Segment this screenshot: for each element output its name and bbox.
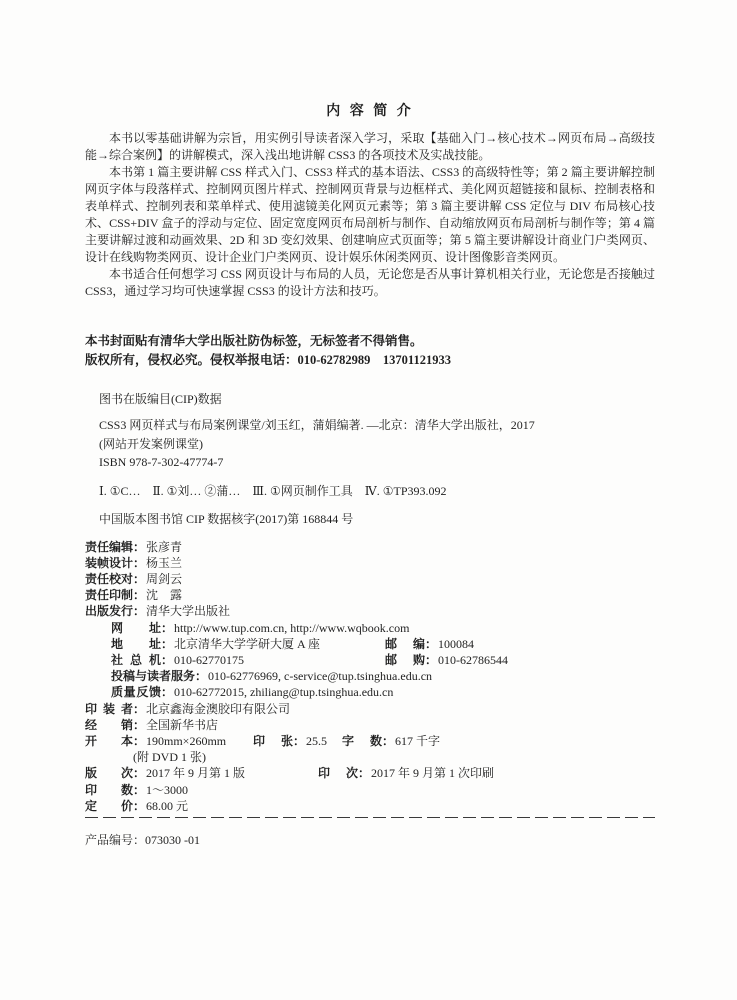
row-value-2: 2017 年 9 月第 1 次印刷 bbox=[371, 766, 494, 780]
row-value: 68.00 元 bbox=[146, 799, 188, 813]
colophon-row-managing-editor: 责任编辑：张彦青 bbox=[85, 539, 655, 555]
row-value: 杨玉兰 bbox=[146, 556, 182, 570]
row-label: 经销 bbox=[85, 717, 133, 733]
label-colon: ： bbox=[161, 685, 173, 699]
row-value: 全国新华书店 bbox=[146, 718, 218, 732]
row-value: http://www.tup.com.cn, http://www.wqbook… bbox=[174, 621, 409, 635]
copyright-page: 内 容 简 介 本书以零基础讲解为宗旨，用实例引导读者深入学习，采取【基础入门→… bbox=[0, 0, 737, 849]
row-value: 清华大学出版社 bbox=[146, 604, 230, 618]
row-label: 地址 bbox=[111, 636, 161, 652]
label-colon: ： bbox=[133, 588, 145, 602]
summary-paragraph-1: 本书以零基础讲解为宗旨，用实例引导读者深入学习，采取【基础入门→核心技术→网页布… bbox=[85, 130, 655, 164]
row-value-3: 617 千字 bbox=[395, 734, 440, 748]
summary-paragraph-2: 本书第 1 篇主要讲解 CSS 样式入门、CSS3 样式的基本语法、CSS3 的… bbox=[85, 164, 655, 266]
label-colon: ： bbox=[161, 653, 173, 667]
row-value: 010-62776969, c-service@tup.tsinghua.edu… bbox=[208, 669, 432, 683]
colophon-row-reader-service: 投稿与读者服务：010-62776969, c-service@tup.tsin… bbox=[111, 668, 655, 684]
label-colon: ： bbox=[161, 621, 173, 635]
label-colon: ： bbox=[425, 653, 437, 667]
row-label: 印装者 bbox=[85, 701, 133, 717]
label-colon: ： bbox=[133, 718, 145, 732]
row-value: 张彦青 bbox=[146, 540, 182, 554]
cip-classification-line: Ⅰ. ①C… Ⅱ. ①刘… ②蒲… Ⅲ. ①网页制作工具 Ⅳ. ①TP393.0… bbox=[99, 482, 655, 501]
dashed-divider bbox=[85, 817, 655, 819]
colophon-row-proofreader: 责任校对：周剑云 bbox=[85, 571, 655, 587]
row-value-2: 25.5 bbox=[306, 733, 342, 749]
label-colon: ： bbox=[358, 766, 370, 780]
row-label-2: 印次 bbox=[318, 765, 358, 781]
label-colon: ： bbox=[133, 702, 145, 716]
row-value: 周剑云 bbox=[146, 572, 182, 586]
product-code-row: 产品编号：073030 -01 bbox=[85, 832, 655, 849]
cip-block: 图书在版编目(CIP)数据 CSS3 网页样式与布局案例课堂/刘玉红，蒲娟编著.… bbox=[85, 391, 655, 529]
row-label: 投稿与读者服务 bbox=[111, 668, 195, 684]
row-label-2: 邮编 bbox=[385, 636, 425, 652]
row-value: 010-62770175 bbox=[174, 652, 385, 668]
colophon-row-price: 定价：68.00 元 bbox=[85, 798, 655, 814]
row-value-2: 100084 bbox=[438, 637, 474, 651]
colophon-row-edition: 版次：2017 年 9 月第 1 版印次：2017 年 9 月第 1 次印刷 bbox=[85, 765, 655, 781]
label-colon: ： bbox=[133, 766, 145, 780]
row-value: 北京鑫海金澳胶印有限公司 bbox=[146, 702, 290, 716]
row-label: 责任印制 bbox=[85, 587, 133, 603]
label-colon: ： bbox=[293, 734, 305, 748]
row-label: 责任校对 bbox=[85, 571, 133, 587]
colophon-row-publisher: 出版发行：清华大学出版社 bbox=[85, 603, 655, 619]
content-summary-title: 内 容 简 介 bbox=[85, 100, 655, 120]
row-value: 沈 露 bbox=[146, 588, 182, 602]
label-colon: ： bbox=[133, 783, 145, 797]
colophon-row-cover-design: 装帧设计：杨玉兰 bbox=[85, 555, 655, 571]
row-label: 社总机 bbox=[111, 652, 161, 668]
colophon: 责任编辑：张彦青 装帧设计：杨玉兰 责任校对：周剑云 责任印制：沈 露 出版发行… bbox=[85, 539, 655, 814]
label-colon: ： bbox=[382, 734, 394, 748]
label-colon: ： bbox=[133, 799, 145, 813]
row-value-2: 010-62786544 bbox=[438, 653, 508, 667]
colophon-row-print-run: 印数：1～3000 bbox=[85, 782, 655, 798]
cip-body: CSS3 网页样式与布局案例课堂/刘玉红，蒲娟编著. —北京：清华大学出版社，2… bbox=[99, 416, 655, 529]
cip-record-number-line: 中国版本图书馆 CIP 数据核字(2017)第 168844 号 bbox=[99, 510, 655, 529]
colophon-row-format: 开本：190mm×260mm印张：25.5字数：617 千字 bbox=[85, 733, 655, 749]
label-colon: ： bbox=[425, 637, 437, 651]
label-colon: ： bbox=[133, 572, 145, 586]
label-colon: ： bbox=[133, 556, 145, 570]
label-colon: ： bbox=[195, 669, 207, 683]
colophon-row-website: 网址：http://www.tup.com.cn, http://www.wqb… bbox=[111, 620, 655, 636]
anti-piracy-line: 本书封面贴有清华大学出版社防伪标签，无标签者不得销售。 bbox=[85, 332, 655, 351]
row-value: 1～3000 bbox=[146, 783, 188, 797]
copyright-report-line: 版权所有，侵权必究。侵权举报电话：010-62782989 1370112193… bbox=[85, 351, 655, 370]
colophon-row-print-supervisor: 责任印制：沈 露 bbox=[85, 587, 655, 603]
row-label: 责任编辑 bbox=[85, 539, 133, 555]
cip-series-line: (网站开发案例课堂) bbox=[99, 435, 655, 454]
row-value: 190mm×260mm bbox=[146, 733, 253, 749]
label-colon: ： bbox=[133, 604, 145, 618]
colophon-row-address: 地址：北京清华大学学研大厦 A 座邮编：100084 bbox=[111, 636, 655, 652]
row-label: 质量反馈 bbox=[111, 684, 161, 700]
colophon-row-switchboard: 社总机：010-62770175邮购：010-62786544 bbox=[111, 652, 655, 668]
colophon-row-distributor: 经销：全国新华书店 bbox=[85, 717, 655, 733]
row-value: (附 DVD 1 张) bbox=[133, 750, 206, 764]
row-label-3: 字数 bbox=[342, 733, 382, 749]
anti-piracy-notice: 本书封面贴有清华大学出版社防伪标签，无标签者不得销售。 版权所有，侵权必究。侵权… bbox=[85, 332, 655, 369]
summary-paragraph-3: 本书适合任何想学习 CSS 网页设计与布局的人员，无论您是否从事计算机相关行业，… bbox=[85, 266, 655, 300]
colophon-row-quality-feedback: 质量反馈：010-62772015, zhiliang@tup.tsinghua… bbox=[111, 684, 655, 700]
row-label: 印数 bbox=[85, 782, 133, 798]
row-label-2: 印张 bbox=[253, 733, 293, 749]
row-value: 北京清华大学学研大厦 A 座 bbox=[174, 636, 385, 652]
cip-title-line: CSS3 网页样式与布局案例课堂/刘玉红，蒲娟编著. —北京：清华大学出版社，2… bbox=[99, 416, 655, 435]
label-colon: ： bbox=[161, 637, 173, 651]
cip-header: 图书在版编目(CIP)数据 bbox=[99, 391, 655, 408]
row-label: 开本 bbox=[85, 733, 133, 749]
row-value: 2017 年 9 月第 1 版 bbox=[146, 765, 318, 781]
row-value: 010-62772015, zhiliang@tup.tsinghua.edu.… bbox=[174, 685, 393, 699]
row-label: 网址 bbox=[111, 620, 161, 636]
label-colon: ： bbox=[133, 833, 145, 847]
colophon-row-dvd-note: (附 DVD 1 张) bbox=[85, 749, 655, 765]
label-colon: ： bbox=[133, 734, 145, 748]
row-label: 定价 bbox=[85, 798, 133, 814]
row-label: 出版发行 bbox=[85, 603, 133, 619]
row-label: 装帧设计 bbox=[85, 555, 133, 571]
row-label: 版次 bbox=[85, 765, 133, 781]
cip-isbn-line: ISBN 978-7-302-47774-7 bbox=[99, 453, 655, 472]
product-code-label: 产品编号 bbox=[85, 833, 133, 847]
row-label-2: 邮购 bbox=[385, 652, 425, 668]
colophon-row-printer: 印装者：北京鑫海金澳胶印有限公司 bbox=[85, 701, 655, 717]
product-code-value: 073030 -01 bbox=[145, 833, 200, 847]
label-colon: ： bbox=[133, 540, 145, 554]
